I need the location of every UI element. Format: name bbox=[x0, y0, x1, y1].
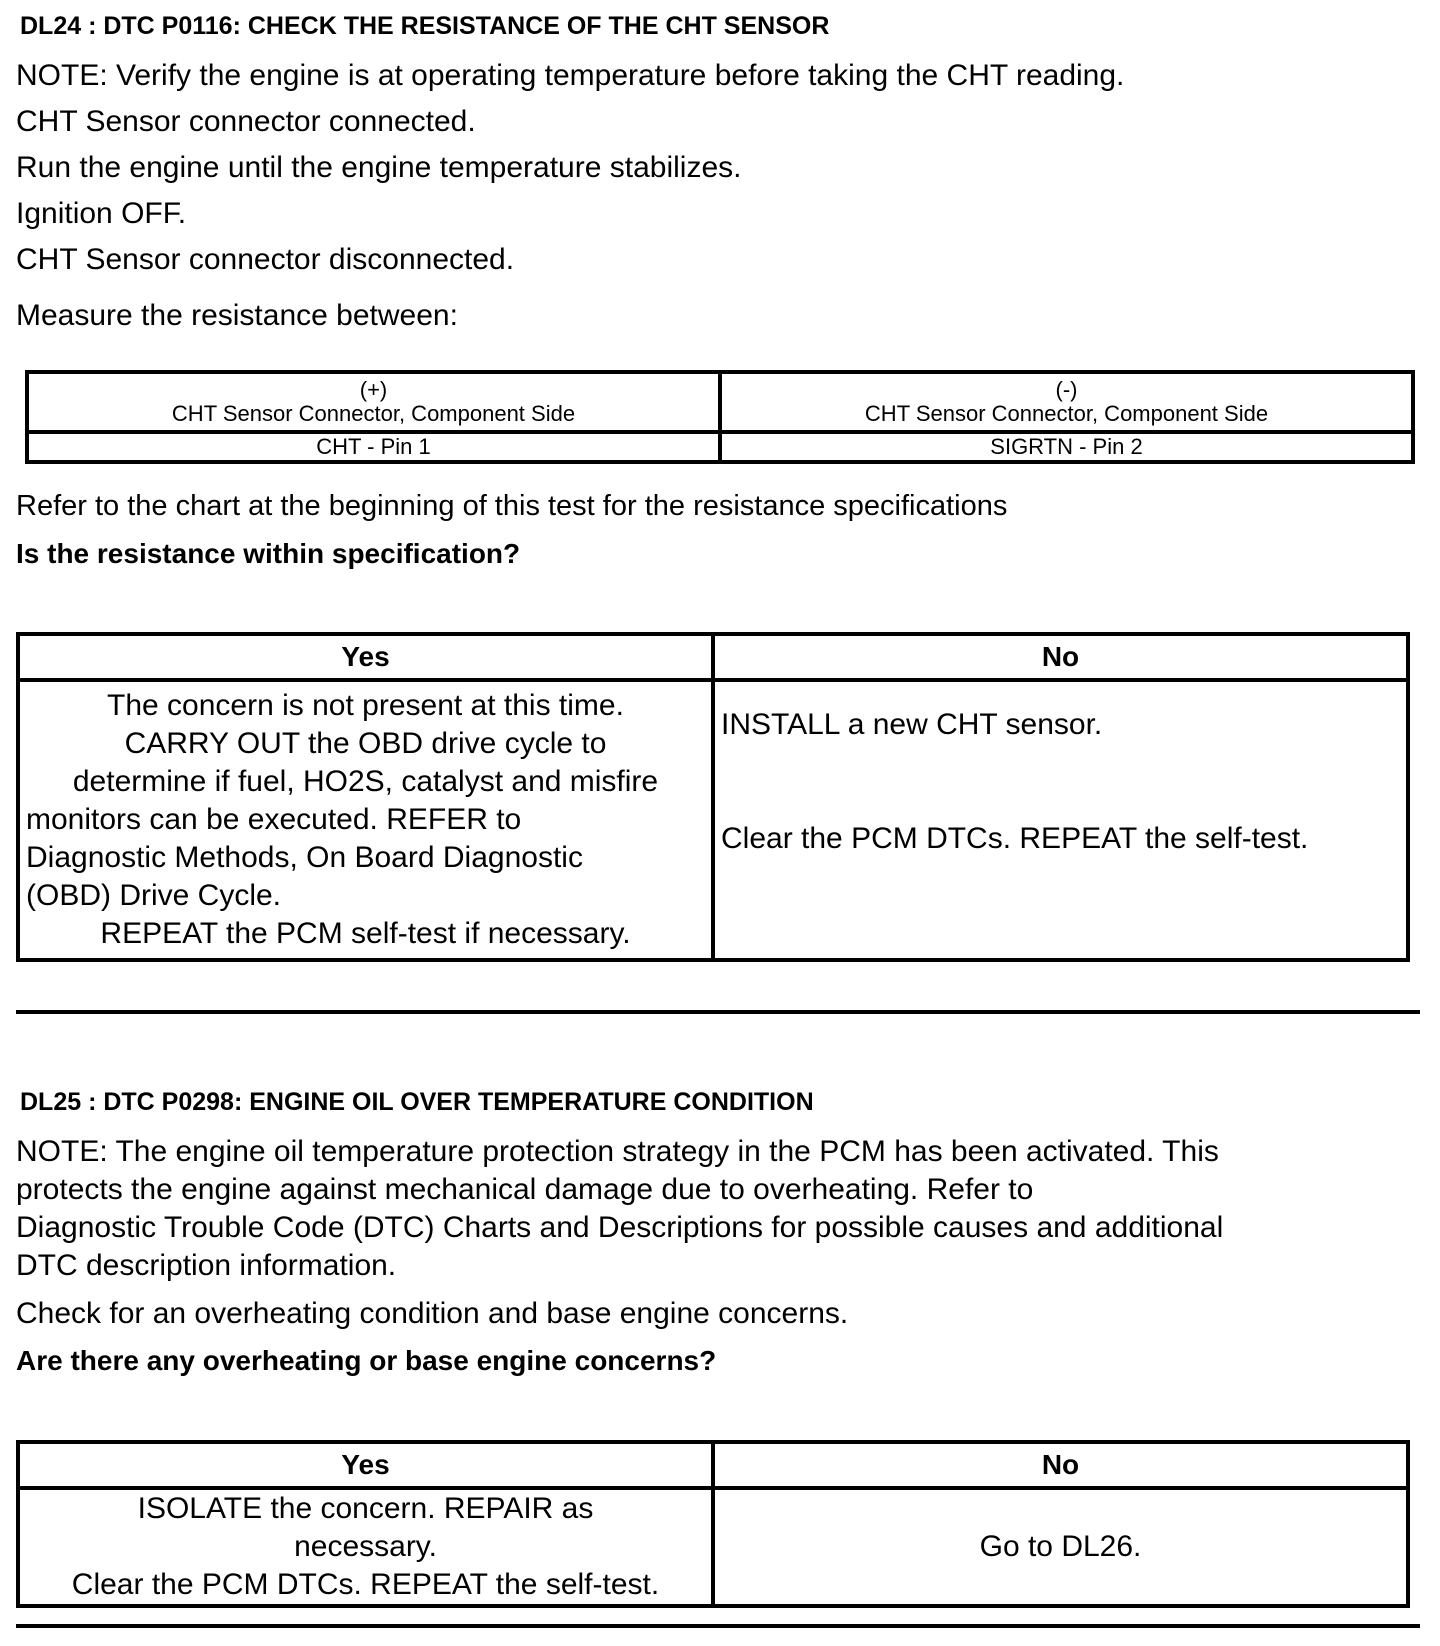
yes-cell: The concern is not present at this time.… bbox=[18, 680, 713, 960]
dl24-step: Run the engine until the engine temperat… bbox=[16, 150, 741, 186]
pin-negative: SIGRTN - Pin 2 bbox=[720, 432, 1413, 462]
dl25-note-line: Diagnostic Trouble Code (DTC) Charts and… bbox=[16, 1210, 1223, 1246]
connector-label: CHT Sensor Connector, Component Side bbox=[722, 402, 1411, 426]
dl24-note: NOTE: Verify the engine is at operating … bbox=[16, 58, 1124, 94]
no-header: No bbox=[713, 1442, 1408, 1488]
yes-line: monitors can be executed. REFER to bbox=[26, 801, 705, 839]
section-divider bbox=[16, 1624, 1420, 1628]
connector-header-negative: (-) CHT Sensor Connector, Component Side bbox=[720, 372, 1413, 432]
yes-header: Yes bbox=[18, 634, 713, 680]
no-line: Clear the PCM DTCs. REPEAT the self-test… bbox=[721, 820, 1400, 858]
positive-sign: (+) bbox=[29, 378, 718, 402]
no-cell: Go to DL26. bbox=[713, 1488, 1408, 1606]
dl25-note-line: NOTE: The engine oil temperature protect… bbox=[16, 1134, 1219, 1170]
negative-sign: (-) bbox=[722, 378, 1411, 402]
no-header: No bbox=[713, 634, 1408, 680]
pin-positive: CHT - Pin 1 bbox=[27, 432, 720, 462]
section-divider bbox=[16, 1010, 1420, 1014]
dl24-step: CHT Sensor connector connected. bbox=[16, 104, 476, 140]
dl24-measure-label: Measure the resistance between: bbox=[16, 298, 458, 334]
yes-cell: ISOLATE the concern. REPAIR as necessary… bbox=[18, 1488, 713, 1606]
yes-line: Diagnostic Methods, On Board Diagnostic bbox=[26, 839, 705, 877]
no-cell: INSTALL a new CHT sensor. Clear the PCM … bbox=[713, 680, 1408, 960]
dl25-check-text: Check for an overheating condition and b… bbox=[16, 1296, 848, 1332]
yes-line: determine if fuel, HO2S, catalyst and mi… bbox=[26, 763, 705, 801]
yes-line: (OBD) Drive Cycle. bbox=[26, 877, 705, 915]
dl25-question: Are there any overheating or base engine… bbox=[16, 1345, 716, 1377]
yes-line: ISOLATE the concern. REPAIR as bbox=[20, 1490, 711, 1528]
dl24-step: Ignition OFF. bbox=[16, 196, 186, 232]
dl24-decision-table: Yes No The concern is not present at thi… bbox=[16, 632, 1410, 962]
dl25-note-line: DTC description information. bbox=[16, 1248, 396, 1284]
dl24-refer-text: Refer to the chart at the beginning of t… bbox=[16, 488, 1007, 524]
yes-line: REPEAT the PCM self-test if necessary. bbox=[26, 915, 705, 953]
dl24-step: CHT Sensor connector disconnected. bbox=[16, 242, 514, 278]
yes-header: Yes bbox=[18, 1442, 713, 1488]
dl24-question: Is the resistance within specification? bbox=[16, 538, 520, 570]
dl24-heading: DL24 : DTC P0116: CHECK THE RESISTANCE O… bbox=[20, 12, 829, 41]
yes-line: The concern is not present at this time. bbox=[26, 687, 705, 725]
yes-line: Clear the PCM DTCs. REPEAT the self-test… bbox=[20, 1566, 711, 1604]
dl25-decision-table: Yes No ISOLATE the concern. REPAIR as ne… bbox=[16, 1440, 1410, 1608]
connector-header-positive: (+) CHT Sensor Connector, Component Side bbox=[27, 372, 720, 432]
connector-label: CHT Sensor Connector, Component Side bbox=[29, 402, 718, 426]
connector-table: (+) CHT Sensor Connector, Component Side… bbox=[25, 370, 1415, 464]
dl25-heading: DL25 : DTC P0298: ENGINE OIL OVER TEMPER… bbox=[20, 1088, 814, 1117]
yes-line: necessary. bbox=[20, 1528, 711, 1566]
dl25-note-line: protects the engine against mechanical d… bbox=[16, 1172, 1033, 1208]
no-line: INSTALL a new CHT sensor. bbox=[721, 706, 1400, 744]
yes-line: CARRY OUT the OBD drive cycle to bbox=[26, 725, 705, 763]
